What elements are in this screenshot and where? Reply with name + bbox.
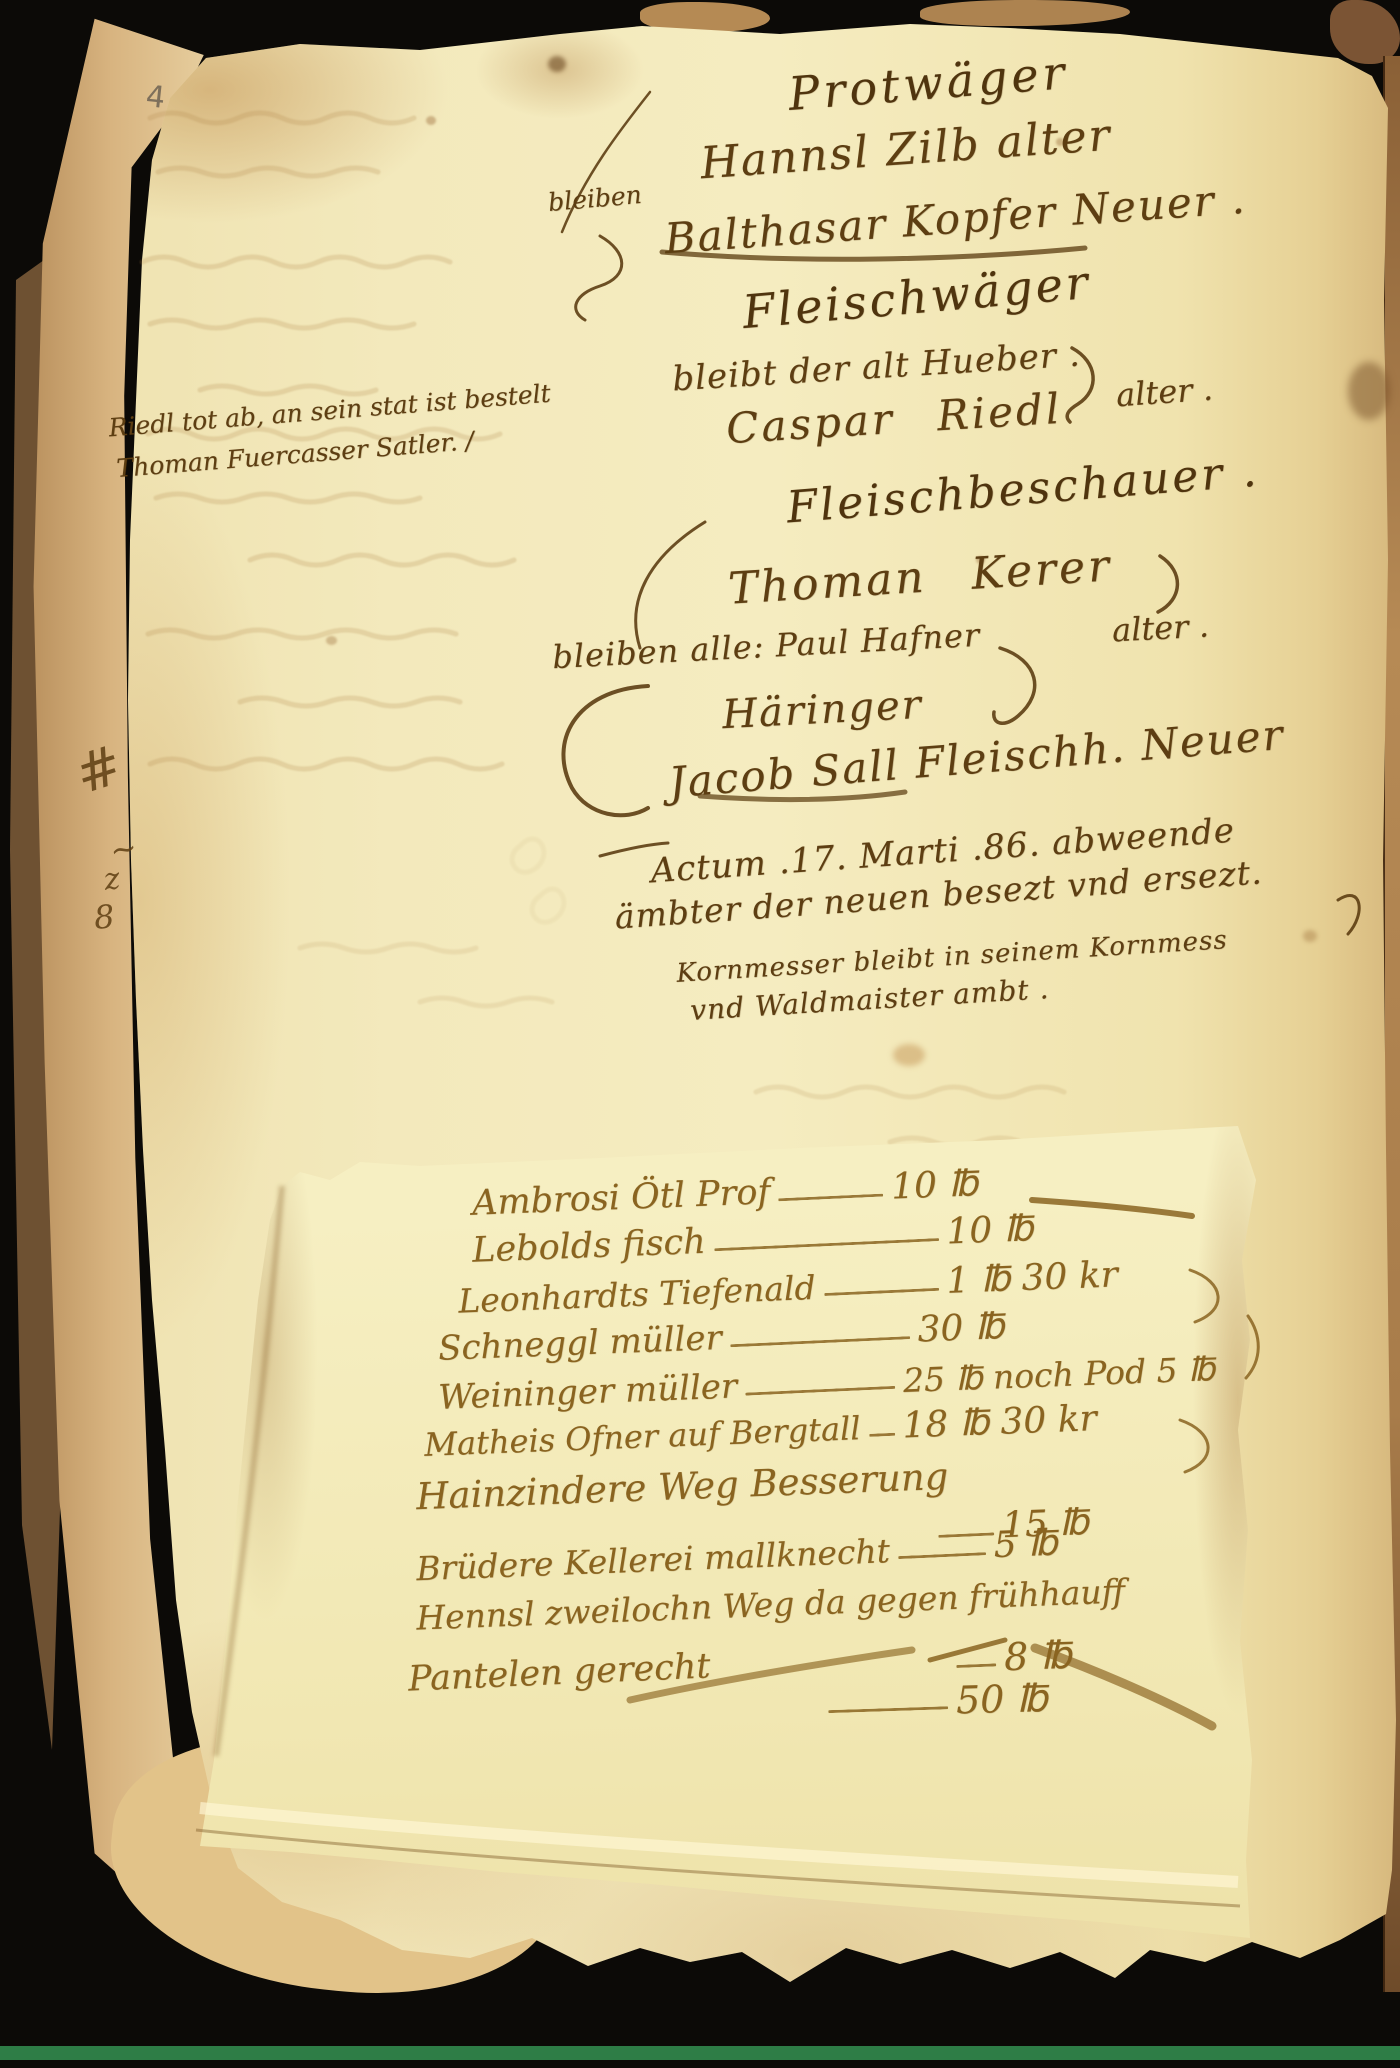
ledger-dash — [828, 1706, 948, 1713]
ledger-dash — [714, 1238, 939, 1251]
ledger-amount: 10 ℔ — [946, 1211, 1034, 1250]
gloss-alter: alter . — [1115, 373, 1214, 412]
stain — [326, 636, 337, 645]
ledger-dash — [956, 1663, 996, 1668]
ledger-name: Lebolds fisch — [472, 1224, 707, 1268]
ledger-dash — [745, 1385, 895, 1395]
paper-fragment — [920, 0, 1130, 26]
ledger-dash — [730, 1336, 910, 1347]
stain — [1303, 930, 1317, 942]
ledger-amount: 50 ℔ — [955, 1679, 1047, 1719]
stain — [1348, 362, 1390, 420]
margin-note: bleiben — [547, 182, 643, 215]
ledger-dash — [824, 1287, 939, 1295]
ledger-amount: 18 ℔ 30 kr — [902, 1401, 1098, 1444]
ledger-name: Weininger müller — [438, 1369, 738, 1414]
ledger-amount: 30 ℔ — [917, 1309, 1005, 1348]
ledger-amount: 10 ℔ — [891, 1166, 979, 1205]
ledger-amount: 5 ℔ — [993, 1526, 1058, 1564]
ledger-dash — [898, 1552, 986, 1559]
manuscript-scan: 4 # ~ z 8 Protwäger Hannsl Zilb alter bl… — [0, 0, 1400, 2068]
gloss-alter: alter . — [1111, 609, 1209, 646]
color-scale-bar — [0, 2046, 1400, 2060]
ledger-amount-row: 50 ℔ — [820, 1679, 1048, 1723]
ledger-dash — [779, 1193, 884, 1201]
ledger-amount: 1 ℔ 30 kr — [946, 1257, 1119, 1300]
ledger-name: Schneggl müller — [438, 1321, 723, 1366]
ledger-amount-row: 8 ℔ — [947, 1636, 1072, 1678]
stain — [893, 1044, 925, 1066]
entry-line: Häringer — [721, 685, 924, 735]
folio-number: 4 — [144, 79, 167, 116]
ledger-dash — [869, 1432, 895, 1436]
stain — [426, 116, 436, 125]
margin-eight-mark: 8 — [92, 897, 116, 937]
paper-fragment — [1330, 0, 1400, 64]
stain — [548, 56, 566, 72]
ledger-amount: 8 ℔ — [1003, 1636, 1072, 1676]
